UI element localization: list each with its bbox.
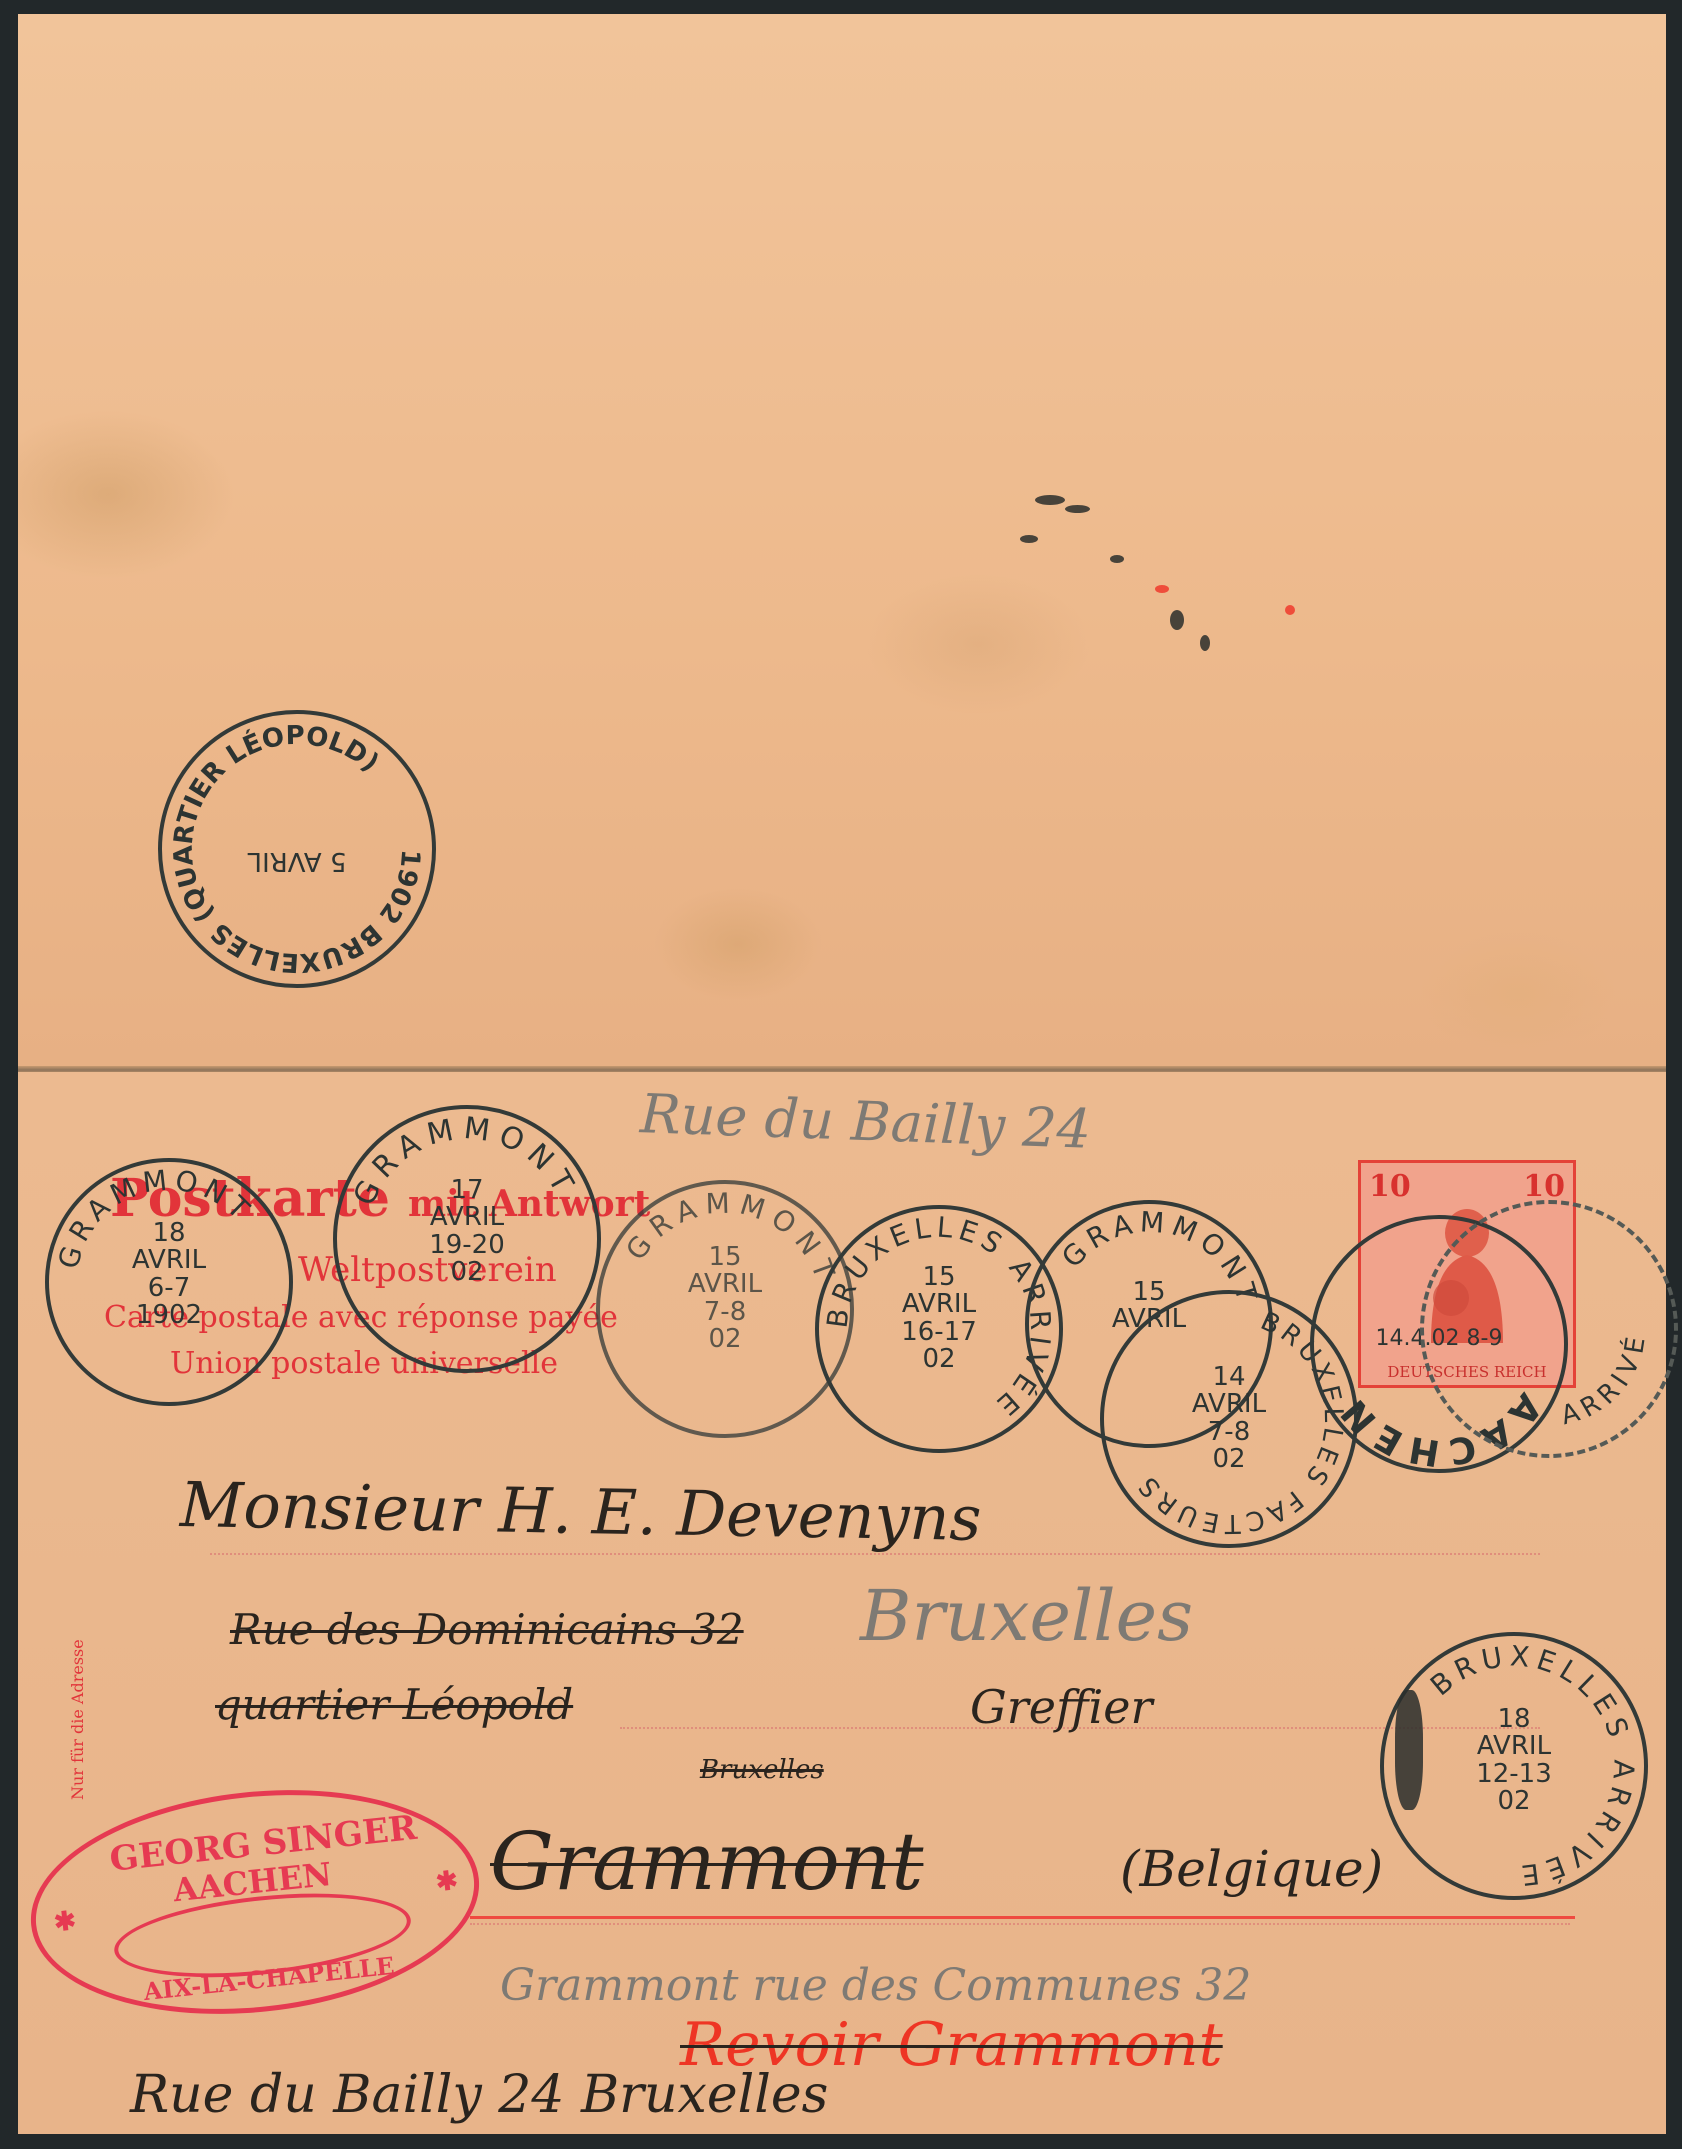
address-line	[470, 1923, 1570, 1925]
postmark-date: 5 AVRIL	[162, 847, 432, 874]
ink-smudge	[1395, 1690, 1423, 1810]
forwarding-address: Rue du Bailly 24 Bruxelles	[130, 2065, 828, 2125]
address-side-label: Nur für die Adresse	[68, 1639, 87, 1800]
struck-city-small: Bruxelles	[700, 1755, 824, 1785]
address-line	[210, 1553, 1540, 1555]
pencil-address-top: Rue du Bailly 24	[639, 1082, 1092, 1161]
postmark-grammont-3: GRAMMONT 15AVRIL7-802	[596, 1180, 854, 1438]
pencil-city: Bruxelles	[860, 1575, 1193, 1657]
country-belgique: (Belgique)	[1120, 1840, 1383, 1898]
ink-blot	[1110, 555, 1124, 563]
svg-text:ARRIVÉE: ARRIVÉE	[1424, 1204, 1653, 1431]
city-grammont: Grammont	[490, 1815, 923, 1908]
sender-stamp: GEORG SINGER AACHEN AIX-LA-CHAPELLE ✱ ✱	[20, 1769, 491, 2035]
stamp-value-left: 10	[1369, 1169, 1411, 1204]
red-ink-blot	[1285, 605, 1295, 615]
postmark-grammont-2: GRAMMONT 17AVRIL19-2002	[333, 1105, 601, 1373]
pencil-forwarding: Grammont rue des Communes 32	[500, 1960, 1251, 2011]
stamp-value-right: 10	[1523, 1169, 1565, 1204]
card-content: 1902 BRUXELLES (QUARTIER LÉOPOLD) 5 AVRI…	[0, 0, 1682, 2149]
ink-blot	[1035, 495, 1065, 505]
red-ink-blot	[1155, 585, 1169, 593]
ink-blot	[1200, 635, 1210, 651]
postmark-arrivee-right: ARRIVÉE	[1420, 1200, 1678, 1458]
star-icon: ✱	[434, 1866, 459, 1898]
red-underline	[470, 1916, 1575, 1919]
ink-blot	[1065, 505, 1090, 513]
struck-street: Rue des Dominicains 32	[230, 1605, 744, 1654]
struck-quarter: quartier Léopold	[215, 1680, 573, 1729]
addressee-title: Greffier	[970, 1680, 1152, 1734]
star-icon: ✱	[53, 1906, 78, 1938]
postmark-bruxelles-top: 1902 BRUXELLES (QUARTIER LÉOPOLD) 5 AVRI…	[158, 710, 436, 988]
ink-blot	[1170, 610, 1184, 630]
postmark-grammont-1: GRAMMONT 18AVRIL6-71902	[45, 1158, 293, 1406]
addressee-name: Monsieur H. E. Devenyns	[179, 1468, 981, 1555]
ink-blot	[1020, 535, 1038, 543]
